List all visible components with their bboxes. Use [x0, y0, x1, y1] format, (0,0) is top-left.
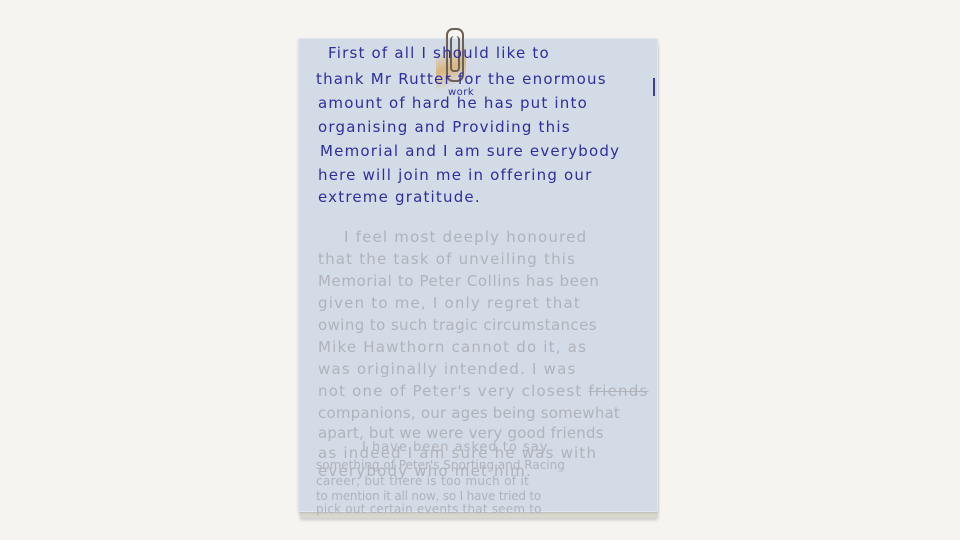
- pencil-line-16: to mention it all now, so I have tried t…: [316, 489, 541, 503]
- pencil-line-15: career, but there is too much of it: [316, 474, 529, 488]
- pencil-line-13: I have been asked to say: [362, 440, 548, 455]
- pencil-line-14: something of Peter's Sporting and Racing: [316, 458, 565, 472]
- pencil-line-17: pick out certain events that seem to: [316, 502, 542, 516]
- speech-card-lower-overlay: I have been asked to say something of Pe…: [298, 38, 660, 518]
